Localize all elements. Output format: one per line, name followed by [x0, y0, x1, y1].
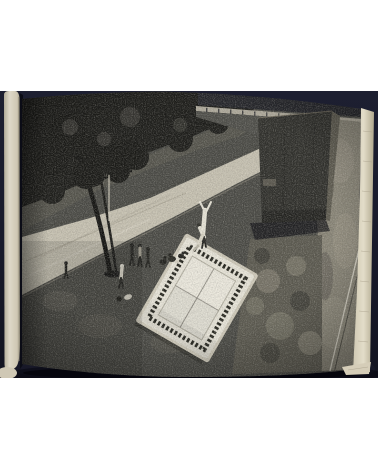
photograph-page [0, 91, 378, 378]
left-page-edge-strip [4, 91, 20, 372]
gutter-page-shading [22, 91, 48, 378]
white-margin-bottom [0, 378, 378, 472]
photobook-photo [0, 91, 378, 378]
white-margin-top [0, 0, 378, 91]
page-edge-line [19, 97, 20, 361]
book-scene-canvas [0, 91, 378, 378]
photo-vignette [0, 91, 378, 378]
